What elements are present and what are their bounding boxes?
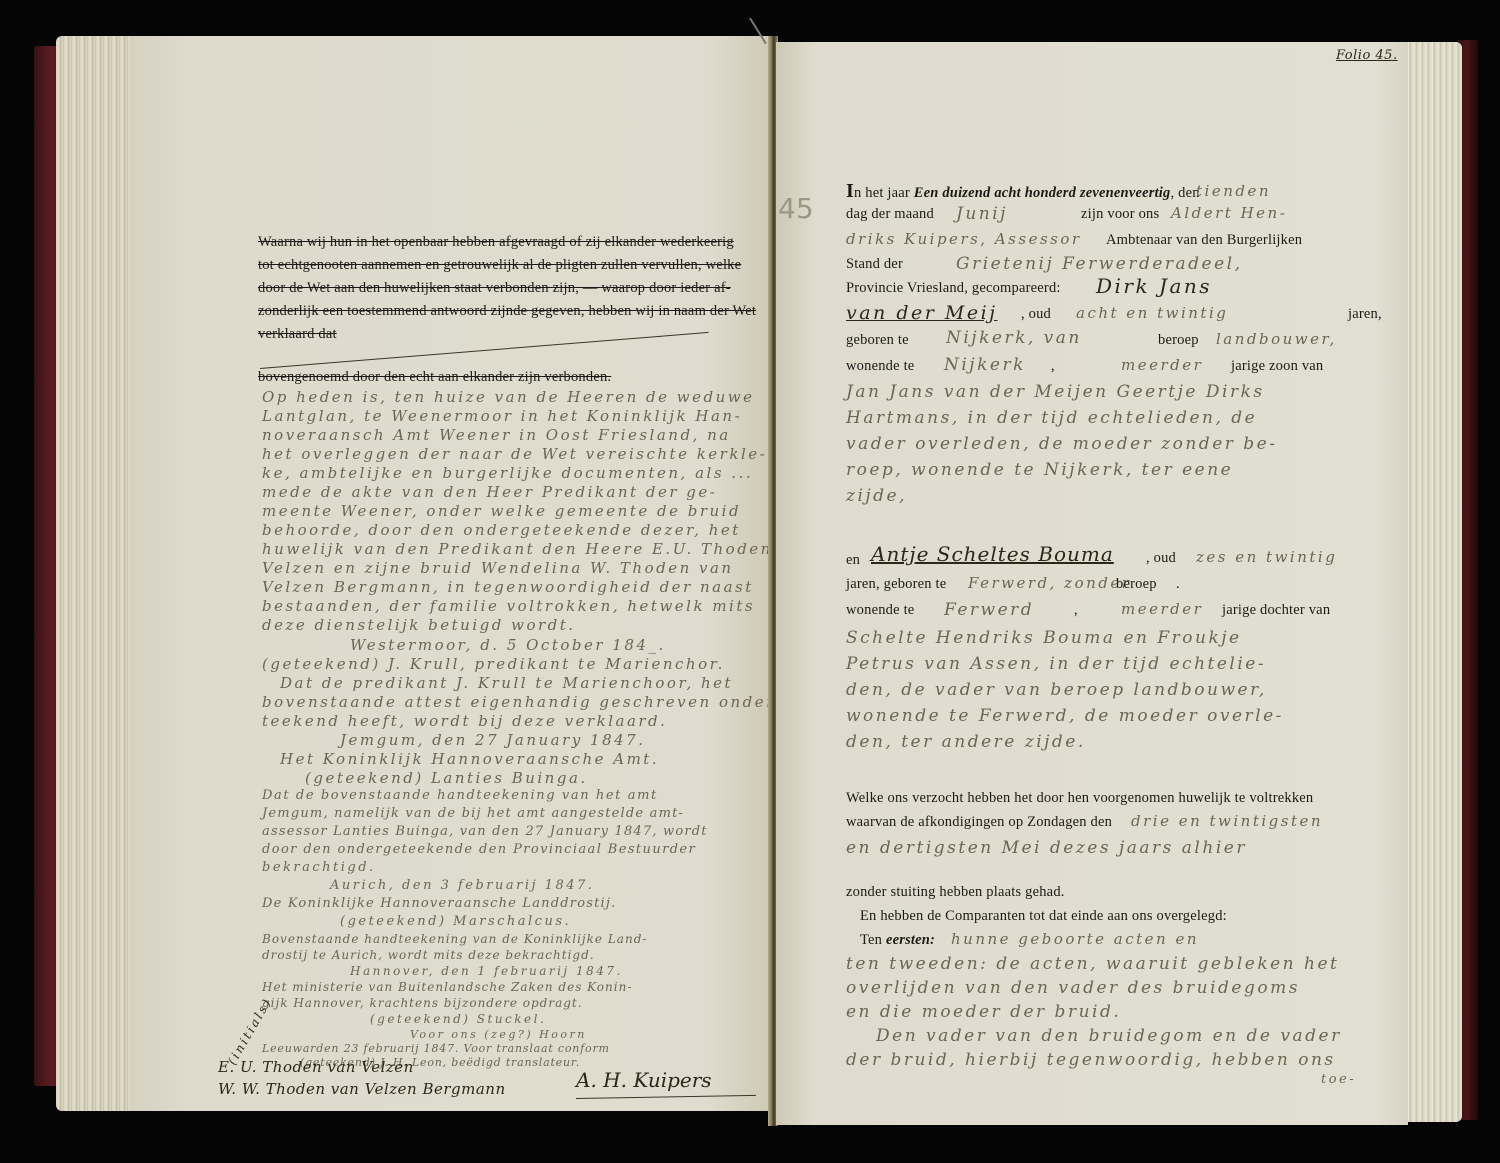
printed-text: jarige zoon van — [1231, 358, 1323, 375]
printed-text: En hebben de Comparanten tot dat einde a… — [860, 908, 1227, 925]
hand-line: Voor ons (zeg?) Hoorn — [410, 1028, 587, 1041]
bride-parents-line: wonende te Ferwerd, de moeder overle- — [846, 706, 1284, 726]
folio-number: 45 — [778, 192, 814, 225]
printed-text: beroep — [1116, 576, 1157, 593]
printed-text: Ambtenaar van den Burgerlijken — [1106, 232, 1302, 249]
printed-text: zonder stuiting hebben plaats gehad. — [846, 884, 1065, 901]
groom-parents-line: roep, wonende te Nijkerk, ter eene — [846, 460, 1233, 480]
printed-text: , oud — [1021, 306, 1051, 323]
struck-text-line: door de Wet aan den huwelijken staat ver… — [258, 280, 731, 297]
hand-line: (geteekend) Marschalcus. — [340, 914, 571, 929]
struck-text-line: zonderlijk een toestemmend antwoord zijn… — [258, 303, 756, 320]
ten-eersten-label: Ten eersten: — [860, 932, 935, 949]
bride-parents-line: Petrus van Assen, in der tijd echtelie- — [846, 654, 1266, 674]
groom-residence-field: Nijkerk — [944, 355, 1026, 375]
hand-line: De Koninklijke Hannoveraansche Landdrost… — [262, 896, 616, 911]
printed-text: zijn voor ons — [1081, 206, 1159, 223]
page-edges-right — [1400, 42, 1462, 1122]
documents-line: overlijden van den vader des bruidegoms — [846, 978, 1300, 998]
bride-residence-field: Ferwerd — [944, 600, 1034, 620]
printed-text: jarige dochter van — [1222, 602, 1330, 619]
hand-line: Het Koninklijk Hannoveraansche Amt. — [280, 750, 659, 768]
catchword: toe- — [1321, 1072, 1356, 1087]
hand-line: Op heden is, ten huize van de Heeren de … — [262, 388, 755, 406]
printed-text: . — [1176, 576, 1180, 593]
printed-text: Stand der — [846, 256, 903, 273]
hand-line: behoorde, door den ondergeteekende dezer… — [262, 521, 741, 539]
hand-line: door den ondergeteekende den Provinciaal… — [262, 842, 696, 857]
bride-age-field: zes en twintig — [1196, 548, 1337, 566]
signature-official: A. H. Kuipers — [576, 1068, 712, 1092]
right-page: Folio 45. 45 In het jaar Een duizend ach… — [776, 42, 1408, 1125]
documents-line: ten tweeden: de acten, waaruit gebleken … — [846, 954, 1339, 974]
printed-text: dag der maand — [846, 206, 934, 223]
groom-surname-field: van der Meij — [846, 302, 998, 324]
printed-text: waarvan de afkondigingen op Zondagen den — [846, 814, 1112, 831]
groom-age-field: acht en twintig — [1076, 304, 1228, 322]
printed-text: Welke ons verzocht hebben het door hen v… — [846, 790, 1313, 807]
printed-text: en — [846, 552, 860, 569]
banns-dates-field-cont: en dertigsten Mei dezes jaars alhier — [846, 838, 1247, 858]
hand-line: Het ministerie van Buitenlandsche Zaken … — [262, 980, 632, 994]
bride-birthplace-field: Ferwerd, zonder — [968, 574, 1131, 592]
printed-text: , oud — [1146, 550, 1176, 567]
open-register-book: Waarna wij hun in het openbaar hebben af… — [0, 0, 1500, 1163]
hand-line: Hannover, den 1 februarij 1847. — [350, 964, 623, 978]
printed-text: jaren, — [1348, 306, 1382, 323]
bride-name-field: Antje Scheltes Bouma — [871, 542, 1114, 566]
hand-line: Dat de predikant J. Krull te Marienchoor… — [280, 674, 733, 692]
groom-name-field: Dirk Jans — [1096, 274, 1212, 298]
hand-line: (geteekend) J. Krull, predikant te Marie… — [262, 655, 725, 673]
hand-line: Aurich, den 3 februarij 1847. — [330, 878, 594, 893]
printed-text: n het jaar — [854, 185, 914, 201]
hand-line: teekend heeft, wordt bij deze verklaard. — [262, 712, 667, 730]
documents-line: der bruid, hierbij tegenwoordig, hebben … — [846, 1050, 1336, 1070]
printed-text: Ten — [860, 932, 886, 948]
hand-line: het overleggen der naar de Wet vereischt… — [262, 445, 767, 463]
groom-parents-line: zijde, — [846, 486, 907, 506]
hand-line: huwelijk van den Predikant den Heere E.U… — [262, 540, 815, 558]
printed-text: wonende te — [846, 358, 914, 375]
groom-parents-line: Jan Jans van der Meijen Geertje Dirks — [846, 382, 1265, 402]
hand-line: meente Weener, onder welke gemeente de b… — [262, 502, 741, 520]
bride-parents-line: den, de vader van beroep landbouwer, — [846, 680, 1267, 700]
act-opening-line: In het jaar Een duizend acht honderd zev… — [846, 180, 1200, 203]
hand-line: (geteekend) Lanties Buinga. — [305, 769, 588, 787]
hand-line: drostij te Aurich, wordt mits deze bekra… — [262, 948, 595, 962]
printed-text: eersten: — [886, 932, 935, 948]
bride-parents-line: den, ter andere zijde. — [846, 732, 1086, 752]
printed-text: jaren, geboren te — [846, 576, 946, 593]
struck-text-line: verklaard dat — [258, 326, 337, 343]
hand-line: Dat de bovenstaande handteekening van he… — [262, 788, 658, 803]
hand-line: bekrachtigd. — [262, 860, 376, 875]
margin-initials: (initials) — [225, 995, 275, 1067]
hand-line: (geteekend) Stuckel. — [370, 1012, 546, 1026]
month-field: Junij — [956, 204, 1008, 224]
hand-line: mede de akte van den Heer Predikant der … — [262, 483, 717, 501]
hand-line: ke, ambtelijke en burgerlijke documenten… — [262, 464, 753, 482]
groom-majority-field: meerder — [1121, 356, 1203, 374]
folio-header-note: Folio 45. — [1336, 48, 1398, 63]
printed-text: , — [1051, 358, 1055, 375]
hand-line: Westermoor, d. 5 October 184_. — [350, 636, 666, 654]
printed-text: beroep — [1158, 332, 1199, 349]
documents-line: Den vader van den bruidegom en de vader — [876, 1026, 1342, 1046]
hand-line: Jemgum, den 27 January 1847. — [340, 731, 645, 749]
hand-line: Velzen en zijne bruid Wendelina W. Thode… — [262, 559, 734, 577]
hand-line: Bovenstaande handteekening van de Konink… — [262, 932, 647, 946]
documents-line: en die moeder der bruid. — [846, 1002, 1121, 1022]
hand-line: noveraansch Amt Weener in Oost Friesland… — [262, 426, 731, 444]
hand-line: Lantglan, te Weenermoor in het Koninklij… — [262, 407, 742, 425]
municipality-field: Grietenij Ferwerderadeel, — [956, 254, 1243, 274]
printed-text: , — [1074, 602, 1078, 619]
struck-text-line: bovengenoemd door den echt aan elkander … — [258, 369, 611, 386]
signature-groom-witness: E. U. Thoden van Velzen — [218, 1058, 414, 1076]
hand-line: Leeuwarden 23 februarij 1847. Voor trans… — [262, 1042, 610, 1055]
hand-line: deze dienstelijk betuigd wordt. — [262, 616, 576, 634]
groom-parents-line: Hartmans, in der tijd echtelieden, de — [846, 408, 1257, 428]
official-name-field: Aldert Hen- — [1171, 204, 1287, 222]
struck-text-line: tot echtgenooten aannemen en getrouwelij… — [258, 257, 741, 274]
groom-occupation-field: landbouwer, — [1216, 330, 1337, 348]
day-field: tienden — [1196, 182, 1271, 200]
hand-line: bestaanden, der familie voltrokken, hetw… — [262, 597, 755, 615]
groom-birthplace-field: Nijkerk, van — [946, 328, 1082, 348]
printed-text: geboren te — [846, 332, 909, 349]
documents-line: hunne geboorte acten en — [951, 930, 1199, 948]
signature-underline — [576, 1095, 756, 1099]
banns-dates-field: drie en twintigsten — [1131, 812, 1323, 830]
signature-bride-witness: W. W. Thoden van Velzen Bergmann — [218, 1080, 506, 1098]
official-name-field-cont: driks Kuipers, Assessor — [846, 230, 1082, 248]
bride-majority-field: meerder — [1121, 600, 1203, 618]
printed-text: Provincie Vriesland, gecompareerd: — [846, 280, 1061, 297]
hand-line: bovenstaande attest eigenhandig geschrev… — [262, 693, 783, 711]
hand-line: Jemgum, namelijk van de bij het amt aang… — [262, 806, 684, 821]
groom-parents-line: vader overleden, de moeder zonder be- — [846, 434, 1277, 454]
struck-text-line: Waarna wij hun in het openbaar hebben af… — [258, 234, 734, 251]
page-edges-left — [56, 36, 140, 1111]
hand-line: Velzen Bergmann, in tegenwoordigheid der… — [262, 578, 754, 596]
printed-text: wonende te — [846, 602, 914, 619]
bride-parents-line: Schelte Hendriks Bouma en Froukje — [846, 628, 1242, 648]
drop-initial: I — [846, 180, 854, 202]
hand-line: assessor Lanties Buinga, van den 27 Janu… — [262, 824, 708, 839]
hand-line: gijk Hannover, krachtens bijzondere opdr… — [262, 996, 583, 1010]
left-page: Waarna wij hun in het openbaar hebben af… — [130, 36, 770, 1111]
year-text: Een duizend acht honderd zevenenveertig — [914, 185, 1171, 201]
